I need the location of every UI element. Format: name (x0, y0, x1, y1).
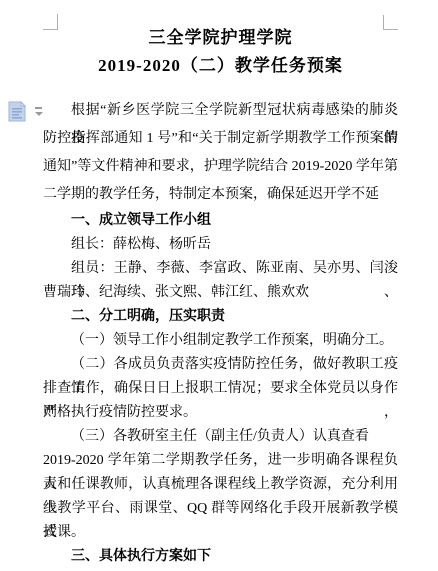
section-heading: 一、成立领导工作小组 (43, 209, 398, 233)
section-heading: 三、具体执行方案如下 (43, 545, 398, 569)
paste-options-button[interactable] (6, 100, 46, 126)
document-title: 三全学院护理学院 2019-2020（二）教学任务预案 (43, 24, 398, 80)
document-line: （三）各教研室主任（副主任/负责人）认真查看 (43, 425, 398, 449)
document-line: 组长：薛松梅、杨昕岳 (43, 233, 398, 257)
document-body: 根据“新乡医学院三全学院新型冠状病毒感染的肺炎疫情 防控指挥部通知 1 号”和“… (43, 97, 398, 569)
document-line: 二学期的教学任务，特制定本预案，确保延迟开学不延课。 (43, 181, 398, 209)
document-line: 排查工作，确保日日上报职工情况；要求全体党员以身作则， (43, 377, 398, 401)
document-line: 上教学平台、雨课堂、QQ 群等网络化手段开展新教学模式 (43, 497, 398, 521)
document-line: 授课。 (43, 521, 398, 545)
word-document-page: 三全学院护理学院 2019-2020（二）教学任务预案 根据“新乡医学院三全学院… (0, 0, 438, 571)
document-line: （一）领导工作小组制定教学工作预案，明确分工。 (43, 329, 398, 353)
document-line: 人和任课教师，认真梳理各课程线上教学资源，充分利用线 (43, 473, 398, 497)
document-line: 2019-2020 学年第二学期教学任务，进一步明确各课程负责 (43, 449, 398, 473)
title-line-2: 2019-2020（二）教学任务预案 (43, 52, 398, 80)
document-line: 通知”等文件精神和要求，护理学院结合 2019-2020 学年第 (43, 153, 398, 181)
document-line: 根据“新乡医学院三全学院新型冠状病毒感染的肺炎疫情 (43, 97, 398, 125)
document-line: 组员：王静、李薇、李富政、陈亚南、吴亦男、闫浚玮、 (43, 257, 398, 281)
document-line: 防控指挥部通知 1 号”和“关于制定新学期教学工作预案的 (43, 125, 398, 153)
section-heading: 二、分工明确，压实职责 (43, 305, 398, 329)
clipboard-paste-icon (6, 100, 28, 124)
title-line-1: 三全学院护理学院 (43, 24, 398, 52)
document-line: （二）各成员负责落实疫情防控任务，做好教职工疫情 (43, 353, 398, 377)
